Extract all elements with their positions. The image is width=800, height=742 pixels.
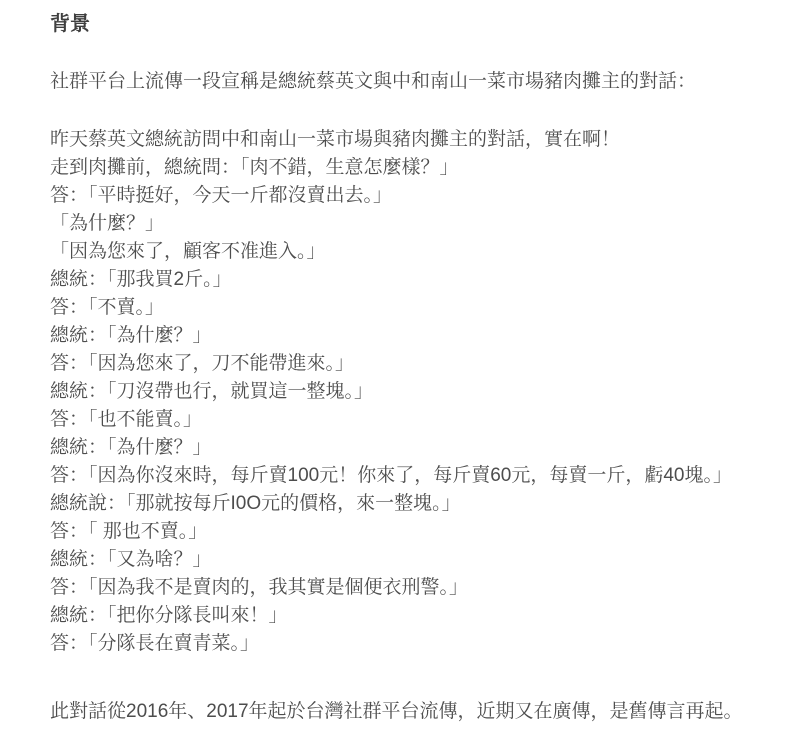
- dialogue-line: 總統：「為什麼？」: [50, 434, 752, 462]
- section-heading: 背景: [50, 12, 752, 36]
- dialogue-line: 答：「因為我不是賣肉的，我其實是個便衣刑警。」: [50, 574, 752, 602]
- dialogue-line: 總統：「那我買2斤。」: [50, 266, 752, 294]
- dialogue-line: 「因為您來了，顧客不准進入。」: [50, 238, 752, 266]
- dialogue-line: 總統：「把你分隊長叫來！」: [50, 602, 752, 630]
- dialogue-line: 答：「分隊長在賣青菜。」: [50, 630, 752, 658]
- dialogue-line: 答：「 那也不賣。」: [50, 518, 752, 546]
- dialogue-block: 昨天蔡英文總統訪問中和南山一菜市場與豬肉攤主的對話，實在啊！ 走到肉攤前，總統問…: [50, 126, 752, 658]
- closing-paragraph: 此對話從2016年、2017年起於台灣社群平台流傳，近期又在廣傳，是舊傳言再起。: [50, 698, 752, 726]
- dialogue-line: 答：「也不能賣。」: [50, 406, 752, 434]
- dialogue-line: 答：「因為您來了，刀不能帶進來。」: [50, 350, 752, 378]
- dialogue-line: 昨天蔡英文總統訪問中和南山一菜市場與豬肉攤主的對話，實在啊！: [50, 126, 752, 154]
- dialogue-line: 總統：「又為啥？」: [50, 546, 752, 574]
- dialogue-line: 總統說：「那就按每斤I0O元的價格，來一整塊。」: [50, 490, 752, 518]
- article-page: 背景 社群平台上流傳一段宣稱是總統蔡英文與中和南山一菜市場豬肉攤主的對話： 昨天…: [0, 0, 800, 742]
- dialogue-line: 走到肉攤前，總統問：「肉不錯，生意怎麼樣？」: [50, 154, 752, 182]
- dialogue-line: 答：「平時挺好，今天一斤都沒賣出去。」: [50, 182, 752, 210]
- dialogue-line: 總統：「刀沒帶也行，就買這一整塊。」: [50, 378, 752, 406]
- dialogue-line: 答：「因為你沒來時，每斤賣100元！你來了，每斤賣60元，每賣一斤，虧40塊。」: [50, 462, 752, 490]
- dialogue-line: 總統：「為什麼？」: [50, 322, 752, 350]
- intro-paragraph: 社群平台上流傳一段宣稱是總統蔡英文與中和南山一菜市場豬肉攤主的對話：: [50, 68, 752, 96]
- dialogue-line: 答：「不賣。」: [50, 294, 752, 322]
- dialogue-line: 「為什麼？」: [50, 210, 752, 238]
